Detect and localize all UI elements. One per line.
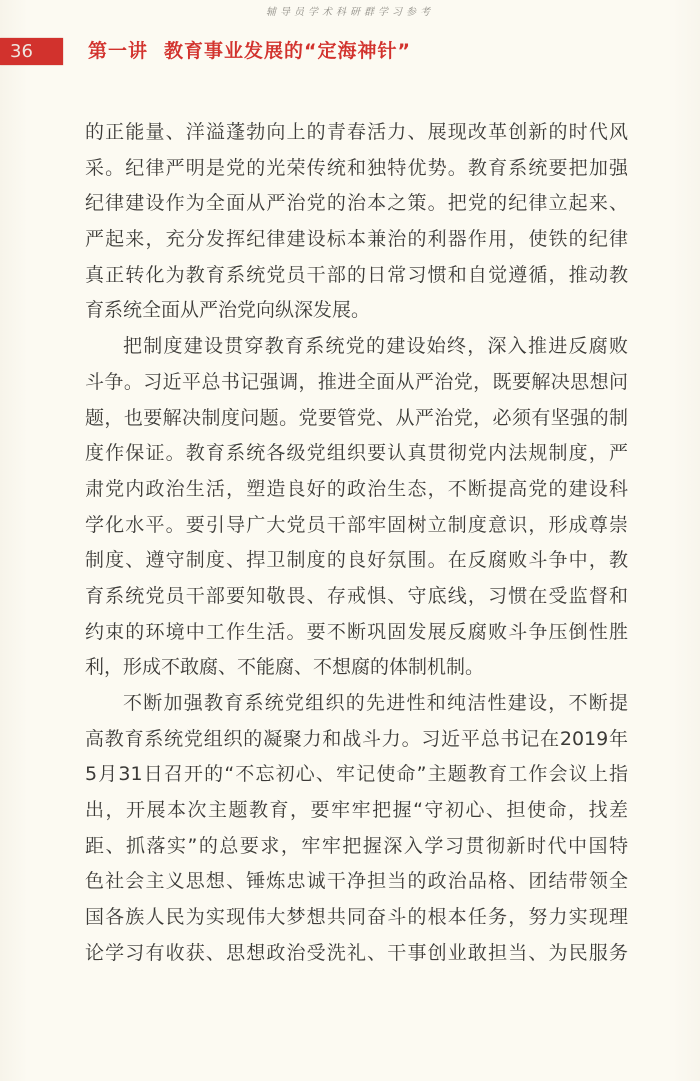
text-line: 题，也要解决制度问题。党要管党、从严治党，必须有坚强的制 [85, 401, 628, 437]
chapter-heading: 第一讲教育事业发展的“定海神针” [88, 38, 411, 65]
text-line: 育系统党员干部要知敬畏、存戒惧、守底线，习惯在受监督和 [85, 579, 628, 615]
text-line: 论学习有收获、思想政治受洗礼、干事创业敢担当、为民服务 [85, 936, 628, 972]
text-line: 采。纪律严明是党的光荣传统和独特优势。教育系统要把加强 [85, 151, 628, 187]
text-line: 利，形成不敢腐、不能腐、不想腐的体制机制。 [85, 650, 628, 686]
text-line: 严起来，充分发挥纪律建设标本兼治的利器作用，使铁的纪律 [85, 222, 628, 258]
text-line: 度作保证。教育系统各级党组织要认真贯彻党内法规制度，严 [85, 436, 628, 472]
text-line: 色社会主义思想、锤炼忠诚干净担当的政治品格、团结带领全 [85, 864, 628, 900]
text-line: 国各族人民为实现伟大梦想共同奋斗的根本任务，努力实现理 [85, 900, 628, 936]
page-head: 36 第一讲教育事业发展的“定海神针” [0, 38, 700, 65]
paragraph: 不断加强教育系统党组织的先进性和纯洁性建设，不断提 高教育系统党组织的凝聚力和战… [85, 686, 628, 972]
text-line: 把制度建设贯穿教育系统党的建设始终，深入推进反腐败 [85, 329, 628, 365]
text-line: 真正转化为教育系统党员干部的日常习惯和自觉遵循，推动教 [85, 258, 628, 294]
chapter-label: 第一讲 [88, 40, 148, 62]
page-number: 36 [0, 38, 63, 65]
text-line: 出，开展本次主题教育，要牢牢把握“守初心、担使命，找差 [85, 793, 628, 829]
text-line: 的正能量、洋溢蓬勃向上的青春活力、展现改革创新的时代风 [85, 115, 628, 151]
text-line: 不断加强教育系统党组织的先进性和纯洁性建设，不断提 [85, 686, 628, 722]
text-line: 约束的环境中工作生活。要不断巩固发展反腐败斗争压倒性胜 [85, 615, 628, 651]
paragraph: 把制度建设贯穿教育系统党的建设始终，深入推进反腐败 斗争。习近平总书记强调，推进… [85, 329, 628, 686]
text-line: 高教育系统党组织的凝聚力和战斗力。习近平总书记在2019年 [85, 722, 628, 758]
text-line: 5月31日召开的“不忘初心、牢记使命”主题教育工作会议上指 [85, 757, 628, 793]
text-line: 育系统全面从严治党向纵深发展。 [85, 293, 628, 329]
text-line: 斗争。习近平总书记强调，推进全面从严治党，既要解决思想问 [85, 365, 628, 401]
text-line: 纪律建设作为全面从严治党的治本之策。把党的纪律立起来、 [85, 186, 628, 222]
paragraph: 的正能量、洋溢蓬勃向上的青春活力、展现改革创新的时代风 采。纪律严明是党的光荣传… [85, 115, 628, 329]
page-number-badge: 36 [0, 38, 63, 65]
text-line: 距、抓落实”的总要求，牢牢把握深入学习贯彻新时代中国特 [85, 829, 628, 865]
page-body: 的正能量、洋溢蓬勃向上的青春活力、展现改革创新的时代风 采。纪律严明是党的光荣传… [85, 115, 628, 972]
text-line: 制度、遵守制度、捍卫制度的良好氛围。在反腐败斗争中，教 [85, 543, 628, 579]
text-line: 学化水平。要引导广大党员干部牢固树立制度意识，形成尊崇 [85, 508, 628, 544]
chapter-title: 教育事业发展的“定海神针” [164, 40, 411, 62]
running-header: 辅导员学术科研群学习参考 [0, 3, 700, 18]
text-line: 肃党内政治生活，塑造良好的政治生态，不断提高党的建设科 [85, 472, 628, 508]
